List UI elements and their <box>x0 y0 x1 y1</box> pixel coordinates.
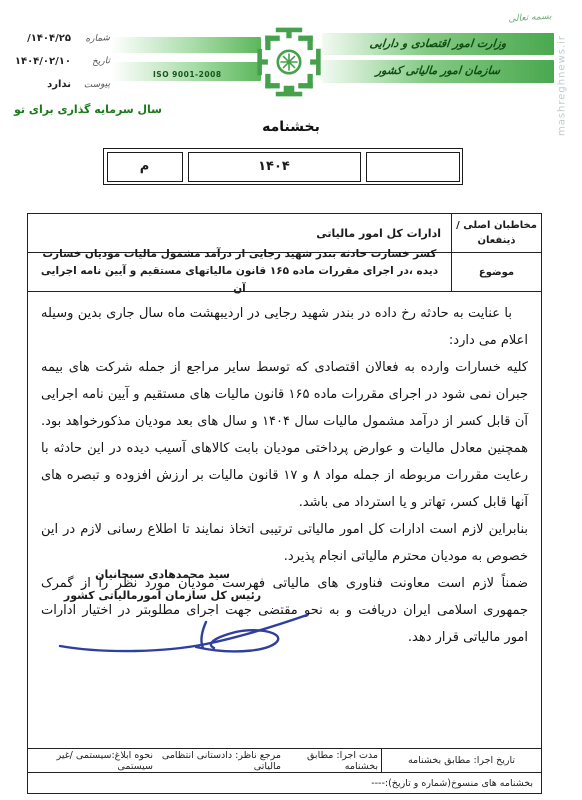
number-cell-year: ۱۴۰۴ <box>188 152 361 182</box>
meta-attachment-row: ندارد پیوست <box>2 73 110 96</box>
tax-organization-logo-icon <box>256 26 322 98</box>
meta-number-row: /۱۴۰۴/۲۵ شماره <box>2 27 110 50</box>
document-meta: /۱۴۰۴/۲۵ شماره ۱۴۰۴/۰۲/۱۰ تاریخ ندارد پی… <box>2 27 110 96</box>
body-paragraph-2: کلیه خسارات وارده به فعالان اقتصادی که ت… <box>41 354 528 516</box>
circular-number-table: م ۱۴۰۴ <box>103 148 463 185</box>
news-site-watermark: mashreghnews.ir <box>557 12 568 160</box>
document-title: بخشنامه <box>0 119 582 135</box>
iso-certification: ISO 9001-2008 <box>111 70 222 79</box>
subject-row: موضوع کسر خسارت حادثه بندر شهید رجایی از… <box>28 252 541 291</box>
footer-row-1: تاریخ اجرا: مطابق بخشنامه مدت اجرا: مطاب… <box>28 748 541 772</box>
body-paragraph-3: بنابراین لازم است ادارات کل امور مالیاتی… <box>41 516 528 570</box>
header-bar-left-top <box>111 37 261 53</box>
circular-document: /۱۴۰۴/۲۵ شماره ۱۴۰۴/۰۲/۱۰ تاریخ ندارد پی… <box>0 0 582 800</box>
number-cell-empty <box>366 152 460 182</box>
organization-name: سازمان امور مالیاتی کشور <box>321 60 555 82</box>
header-bar-ministry: وزارت امور اقتصادی و دارایی <box>322 33 554 55</box>
footer-supervisor: مرجع ناظر: دادستانی انتظامی مالیاتی <box>156 749 284 772</box>
bismillah-calligraphy: بسمه تعالی <box>498 11 563 25</box>
circular-body: با عنایت به حادثه رخ داده در بندر شهید ر… <box>28 291 541 748</box>
body-paragraph-1: با عنایت به حادثه رخ داده در بندر شهید ر… <box>41 300 528 354</box>
header-bar-organization: سازمان امور مالیاتی کشور <box>322 60 554 83</box>
year-slogan: سال سرمایه گذاری برای تو <box>14 103 162 116</box>
subject-label: موضوع <box>451 253 541 291</box>
signature-scrawl-icon <box>56 600 311 658</box>
footer-revoked-circulars: بخشنامه های منسوخ(شماره و تاریخ):---- <box>28 772 541 793</box>
document-date: ۱۴۰۴/۰۲/۱۰ <box>2 56 71 67</box>
footer-exec-date: تاریخ اجرا: مطابق بخشنامه <box>381 749 541 772</box>
attachment-label: پیوست <box>76 79 110 91</box>
attachment-value: ندارد <box>2 79 71 90</box>
footer-notification-method: نحوه ابلاغ:سیستمی /غیر سیستمی <box>28 749 156 772</box>
header-bar-left-bottom: ISO 9001-2008 <box>111 62 261 81</box>
number-label: شماره <box>76 33 110 45</box>
document-number: /۱۴۰۴/۲۵ <box>2 33 71 44</box>
audience-label: مخاطبان اصلی / ذینفعان <box>451 214 541 252</box>
footer-exec-duration: مدت اجرا: مطابق بخشنامه <box>284 749 381 772</box>
subject-value: کسر خسارت حادثه بندر شهید رجایی از درآمد… <box>28 253 451 291</box>
signatory-name: سید محمدهادی سبحانیان <box>60 564 265 585</box>
circular-main-table: مخاطبان اصلی / ذینفعان ادارات کل امور ما… <box>27 213 542 794</box>
ministry-name: وزارت امور اقتصادی و دارایی <box>321 33 555 55</box>
number-cell-m: م <box>107 152 183 182</box>
meta-date-row: ۱۴۰۴/۰۲/۱۰ تاریخ <box>2 50 110 73</box>
date-label: تاریخ <box>76 56 110 68</box>
